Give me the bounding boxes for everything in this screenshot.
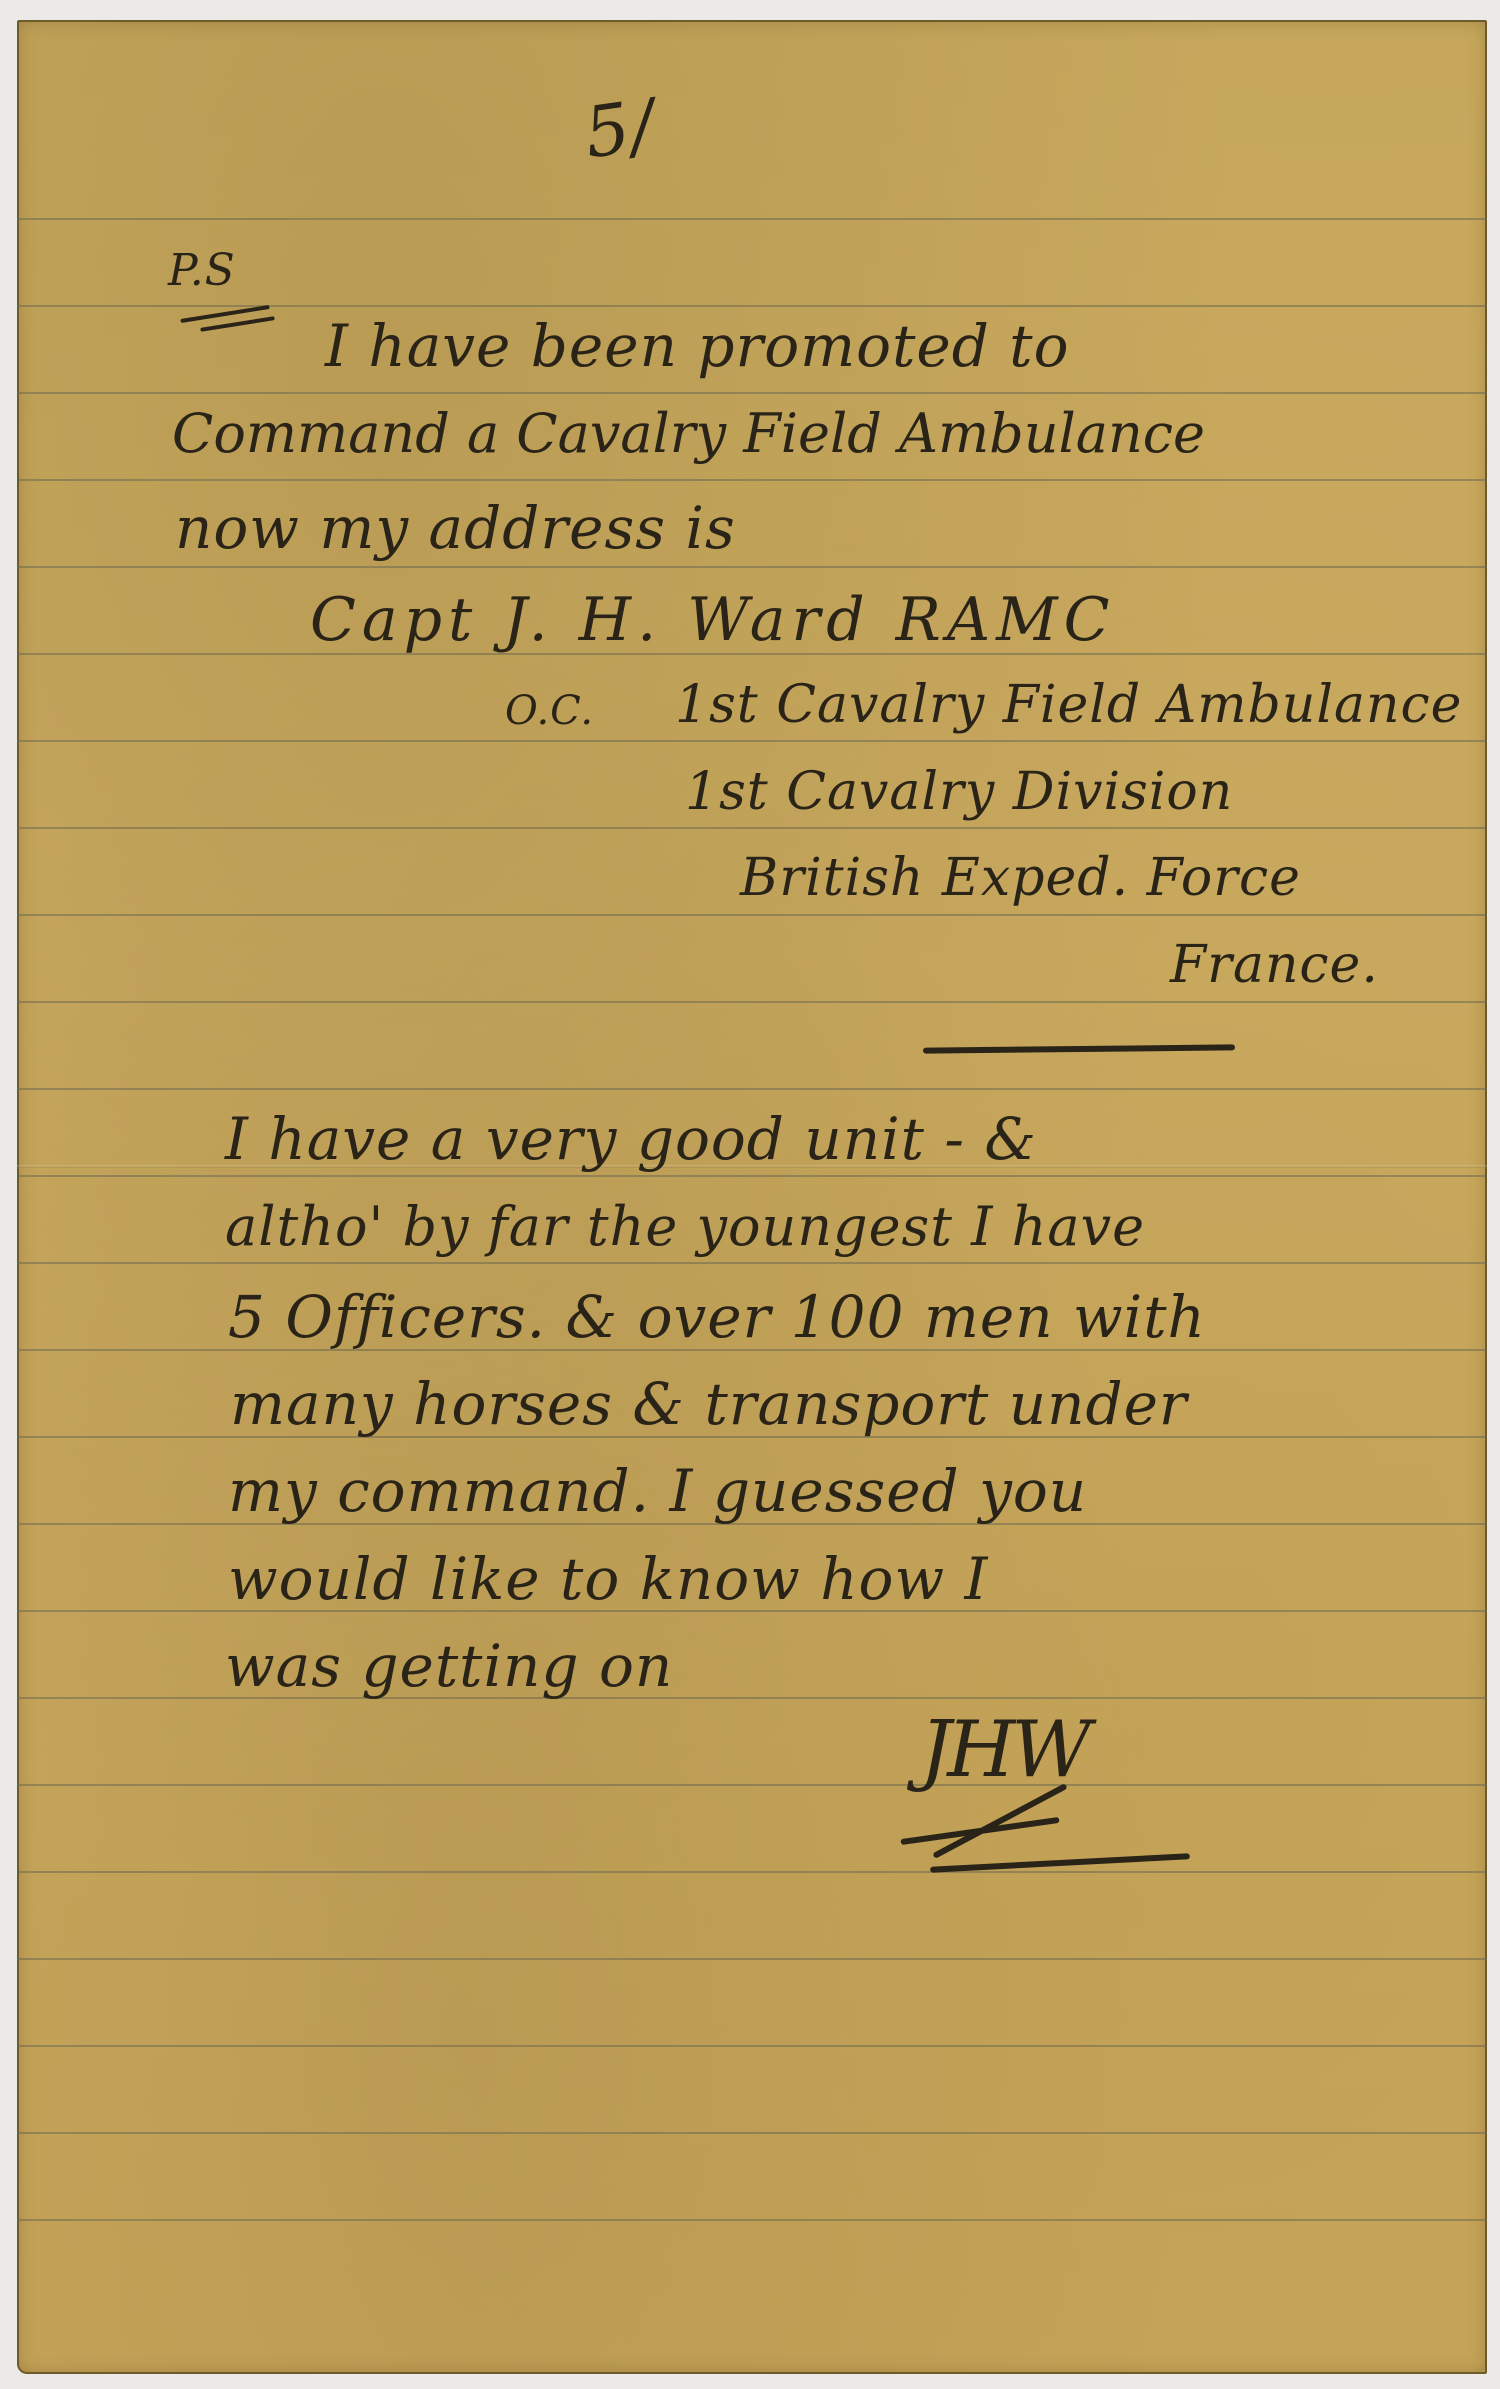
postscript-label: P.S <box>168 245 236 296</box>
address-unit: 1st Cavalry Field Ambulance <box>675 675 1462 735</box>
text-line: would like to know how I <box>228 1545 988 1613</box>
text-line: 5 Officers. & over 100 men with <box>228 1283 1206 1351</box>
address-division: 1st Cavalry Division <box>685 762 1233 822</box>
text-line: many horses & transport under <box>230 1370 1188 1438</box>
ruled-line <box>17 1175 1487 1177</box>
signature: JHW <box>920 1705 1087 1795</box>
ruled-line <box>17 1088 1487 1090</box>
text-line: was getting on <box>225 1632 673 1700</box>
ruled-line <box>17 1871 1487 1873</box>
text-line: I have a very good unit - & <box>225 1105 1037 1173</box>
address-force: British Exped. Force <box>740 848 1301 908</box>
text-line: now my address is <box>175 494 736 562</box>
ruled-line <box>17 2045 1487 2047</box>
ruled-line <box>17 1262 1487 1264</box>
ruled-line <box>17 305 1487 307</box>
ruled-line <box>17 566 1487 568</box>
text-line: altho' by far the youngest I have <box>225 1195 1145 1258</box>
ruled-line <box>17 2132 1487 2134</box>
ruled-line <box>17 1001 1487 1003</box>
ruled-line <box>17 479 1487 481</box>
page-number-mark: 5/ <box>580 84 661 175</box>
ruled-line <box>17 392 1487 394</box>
ruled-line <box>17 1958 1487 1960</box>
ruled-line <box>17 2219 1487 2221</box>
address-country: France. <box>1170 935 1379 995</box>
text-line: my command. I guessed you <box>228 1457 1087 1525</box>
ruled-line <box>17 827 1487 829</box>
ruled-line <box>17 1784 1487 1786</box>
ruled-line <box>17 914 1487 916</box>
text-line: I have been promoted to <box>325 312 1070 380</box>
address-name: Capt J. H. Ward RAMC <box>310 585 1116 655</box>
address-prefix: O.C. <box>505 688 594 734</box>
ruled-line <box>17 740 1487 742</box>
ruled-line <box>17 218 1487 220</box>
text-line: Command a Cavalry Field Ambulance <box>172 402 1205 465</box>
